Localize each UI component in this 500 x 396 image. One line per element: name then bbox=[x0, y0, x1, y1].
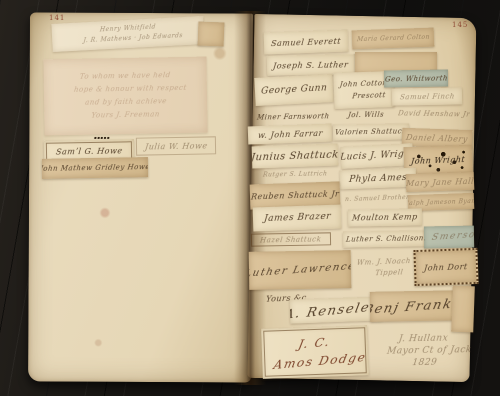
signature-text: Maria Gerard Colton bbox=[356, 34, 430, 44]
autograph-slip-hullanx-note: J. HullanxMayor Ct of Jack1829 bbox=[374, 329, 475, 373]
signature-text: S. Smerson bbox=[424, 230, 474, 245]
signature-text: Tippell bbox=[375, 267, 404, 279]
signature-text: John Mathew Gridley Howe bbox=[42, 163, 148, 173]
signature-text: Ralph Jameson Byam bbox=[408, 197, 475, 207]
autograph-slip-julia-howe: Julia W. Howe bbox=[136, 136, 216, 155]
signature-text: Phyla Ames bbox=[348, 172, 407, 184]
autograph-slip-john-dort-stamped: John Dort bbox=[413, 248, 478, 286]
signature-text: Daniel Albery bbox=[405, 132, 468, 143]
signature-text: Valorien Shattuck bbox=[335, 127, 408, 136]
signature-text: A. Renselear bbox=[290, 298, 383, 322]
autograph-slip-corner-scrap bbox=[198, 22, 225, 47]
signature-text: Jol. Wills bbox=[347, 110, 384, 119]
signature-text: Luther S. Challison bbox=[346, 234, 425, 243]
autograph-slip-luther-challison: Luther S. Challison bbox=[343, 230, 427, 247]
autograph-slip-blank-scrap-2 bbox=[451, 286, 475, 333]
signature-text: Lucis J. Wright bbox=[340, 149, 413, 163]
signature-text: hope & honour with respect bbox=[73, 82, 187, 97]
signature-text: n. Samuel Brothers bbox=[345, 193, 414, 202]
autograph-slip-s-smerson: S. Smerson bbox=[424, 226, 474, 249]
autograph-slip-james-brazer: James Brazer bbox=[253, 204, 342, 231]
signature-text: John Wright bbox=[410, 155, 465, 166]
autograph-slip-faded-inscription: To whom we have heldhope & honour with r… bbox=[43, 57, 207, 136]
autograph-slips-layer: Henry WhitfieldJ. R. Mathews · Job Edwar… bbox=[0, 0, 500, 396]
signature-text: George Gunn bbox=[260, 83, 327, 97]
signature-text: J. R. Mathews · Job Edwards bbox=[83, 31, 183, 46]
signature-text: Yours J. Freeman bbox=[91, 108, 161, 122]
autograph-slip-samuel-everett: Samuel Everett bbox=[264, 30, 349, 55]
autograph-slip-george-gunn: George Gunn bbox=[254, 74, 333, 106]
autograph-slip-luther-lawrence: Luther Lawrence bbox=[249, 250, 352, 290]
autograph-slip-junius-shattuck: Junius Shattuck bbox=[252, 144, 339, 169]
autograph-slip-phyla-ames: Phyla Ames bbox=[340, 168, 417, 190]
signature-text: Junius Shattuck bbox=[252, 149, 339, 163]
signature-text: Julia W. Howe bbox=[144, 141, 208, 151]
signature-text: Luther Lawrence bbox=[249, 261, 352, 280]
autograph-slip-geo-whitworth: Geo. Whitworth bbox=[384, 69, 448, 87]
signature-text: John Dort bbox=[424, 262, 469, 273]
signature-text: 1829 bbox=[411, 357, 437, 369]
signature-text: Reuben Shattuck Jr bbox=[250, 189, 339, 201]
autograph-slip-samuel-brothers: n. Samuel Brothers bbox=[342, 190, 416, 207]
autograph-slip-noach-tippell: Wm. J. NoachTippell bbox=[351, 251, 416, 285]
signature-text: Samʼl G. Howe bbox=[55, 146, 123, 156]
autograph-slip-rutger-luttrich: Rutger S. Luttrich bbox=[254, 167, 336, 181]
autograph-slip-renselear-flourish: A. Renselear bbox=[290, 296, 383, 323]
autograph-slip-amos-dodge: J. C.Amos Dodge bbox=[261, 325, 369, 379]
signature-text: w. John Farrar bbox=[257, 128, 323, 139]
photo-of-open-album: 141 145 Henry WhitfieldJ. R. Mathews · J… bbox=[0, 0, 500, 396]
signature-text: James Brazer bbox=[263, 212, 331, 224]
signature-text: Samuel Finch bbox=[399, 92, 455, 101]
autograph-slip-top-inscription: Henry WhitfieldJ. R. Mathews · Job Edwar… bbox=[51, 16, 204, 52]
autograph-slip-maria-colton: Maria Gerard Colton bbox=[352, 28, 435, 50]
signature-text: Miner Farnsworth bbox=[256, 112, 329, 121]
signature-text: Mayor Ct of Jack bbox=[386, 344, 472, 358]
signature-text: J. Hullanx bbox=[398, 333, 449, 346]
signature-text: Joseph S. Luther bbox=[273, 60, 349, 70]
signature-text: Samuel Everett bbox=[271, 36, 342, 47]
autograph-slip-moulton-kemp: Moulton Kemp bbox=[348, 208, 422, 226]
autograph-slip-valorien-shattuck: Valorien Shattuck bbox=[333, 123, 409, 140]
autograph-slip-jol-wills: Jol. Wills bbox=[337, 106, 395, 122]
autograph-slip-david-henshaw: David Henshaw Jr bbox=[398, 104, 470, 122]
autograph-slip-mary-jane-hall: Mary Jane Hall bbox=[406, 172, 475, 192]
signature-text: Geo. Whitworth bbox=[384, 74, 448, 83]
autograph-slip-samuel-finch: Samuel Finch bbox=[392, 87, 462, 105]
signature-text: Mary Jane Hall bbox=[406, 176, 475, 187]
autograph-slip-john-farrar: w. John Farrar bbox=[248, 124, 333, 145]
signature-text: Rutger S. Luttrich bbox=[262, 170, 327, 178]
signature-text: Amos Dodge bbox=[272, 348, 368, 374]
signature-text: Hazel Shattuck bbox=[260, 235, 322, 244]
signature-text: Prescott bbox=[352, 89, 387, 102]
autograph-slip-hazel-shattuck: Hazel Shattuck bbox=[249, 230, 333, 248]
signature-text: Moulton Kemp bbox=[352, 212, 419, 222]
signature-text: David Henshaw Jr bbox=[398, 109, 470, 118]
autograph-slip-john-mathew: John Mathew Gridley Howe bbox=[42, 157, 148, 179]
